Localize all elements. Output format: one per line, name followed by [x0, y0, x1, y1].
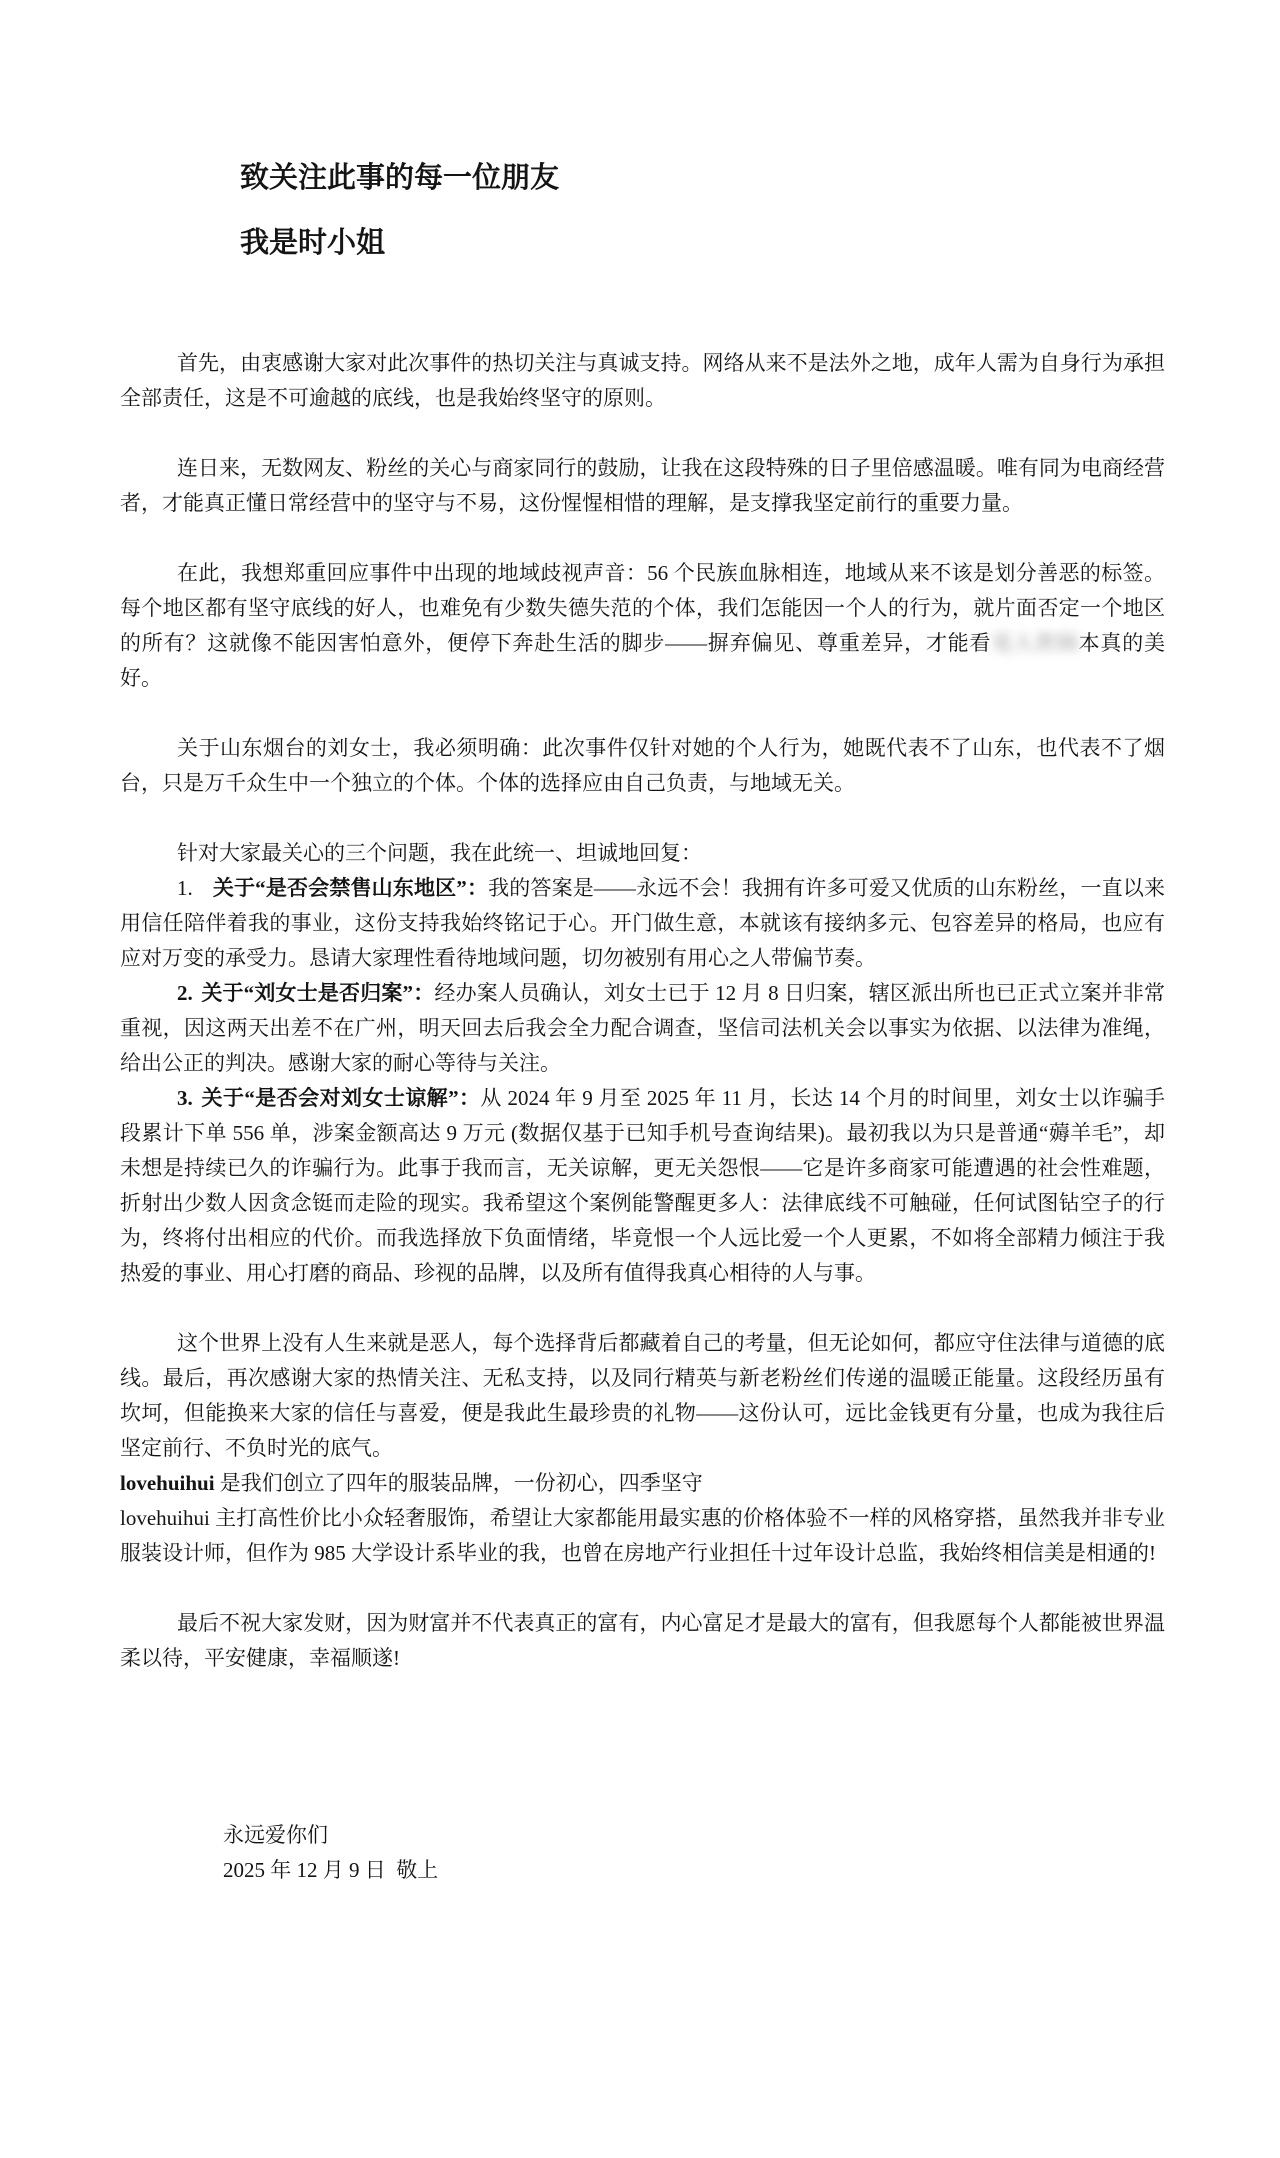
- qa-item-1: 1.关于“是否会禁售山东地区”：我的答案是——永远不会！我拥有许多可爱又优质的山…: [120, 871, 1165, 976]
- paragraph-thanks: 首先，由衷感谢大家对此次事件的热切关注与真诚支持。网络从来不是法外之地，成年人需…: [120, 346, 1165, 416]
- paragraph-region-response: 在此，我想郑重回应事件中出现的地域歧视声音：56 个民族血脉相连，地域从来不该是…: [120, 556, 1165, 696]
- qa-item-3-heading: 关于“是否会对刘女士谅解”：: [201, 1086, 480, 1110]
- blurred-text-patch: 见人世间: [991, 631, 1078, 655]
- signature-block: 永远爱你们 2025 年 12 月 9 日 敬上: [223, 1818, 1165, 1888]
- qa-item-1-heading: 关于“是否会禁售山东地区”：: [213, 876, 488, 900]
- letter-subtitle: 我是时小姐: [240, 228, 1165, 258]
- paragraph-world: 这个世界上没有人生来就是恶人，每个选择背后都藏着自己的考量，但无论如何，都应守住…: [120, 1326, 1165, 1466]
- paragraph-final-wish: 最后不祝大家发财，因为财富并不代表真正的富有，内心富足才是最大的富有，但我愿每个…: [120, 1606, 1165, 1676]
- qa-section: 针对大家最关心的三个问题，我在此统一、坦诚地回复： 1.关于“是否会禁售山东地区…: [120, 836, 1165, 1291]
- qa-item-2-heading: 关于“刘女士是否归案”：: [201, 981, 434, 1005]
- qa-item-3: 3.关于“是否会对刘女士谅解”：从 2024 年 9 月至 2025 年 11 …: [120, 1081, 1165, 1291]
- qa-item-1-number: 1.: [177, 876, 193, 900]
- qa-item-2: 2.关于“刘女士是否归案”：经办案人员确认，刘女士已于 12 月 8 日归案，辖…: [120, 976, 1165, 1081]
- brand-intro-rest: 是我们创立了四年的服装品牌，一份初心，四季坚守: [215, 1471, 703, 1495]
- letter-document-page: 致关注此事的每一位朋友 我是时小姐 首先，由衷感谢大家对此次事件的热切关注与真诚…: [0, 0, 1280, 2158]
- brand-intro-line: lovehuihui 是我们创立了四年的服装品牌，一份初心，四季坚守: [120, 1466, 1165, 1501]
- qa-item-3-number: 3.: [177, 1086, 193, 1110]
- closing-line: 永远爱你们: [223, 1818, 1165, 1853]
- qa-item-3-body: 从 2024 年 9 月至 2025 年 11 月，长达 14 个月的时间里，刘…: [120, 1086, 1165, 1285]
- brand-name-bold: lovehuihui: [120, 1471, 215, 1495]
- date-line: 2025 年 12 月 9 日 敬上: [223, 1853, 1165, 1888]
- letter-title: 致关注此事的每一位朋友: [240, 163, 1165, 193]
- qa-intro: 针对大家最关心的三个问题，我在此统一、坦诚地回复：: [120, 836, 1165, 871]
- paragraph-warmth: 连日来，无数网友、粉丝的关心与商家同行的鼓励，让我在这段特殊的日子里倍感温暖。唯…: [120, 451, 1165, 521]
- brand-description-line: lovehuihui 主打高性价比小众轻奢服饰，希望让大家都能用最实惠的价格体验…: [120, 1501, 1165, 1571]
- qa-item-2-number: 2.: [177, 981, 193, 1005]
- paragraph-ms-liu: 关于山东烟台的刘女士，我必须明确：此次事件仅针对她的个人行为，她既代表不了山东，…: [120, 731, 1165, 801]
- letter-content: 致关注此事的每一位朋友 我是时小姐 首先，由衷感谢大家对此次事件的热切关注与真诚…: [120, 0, 1165, 1888]
